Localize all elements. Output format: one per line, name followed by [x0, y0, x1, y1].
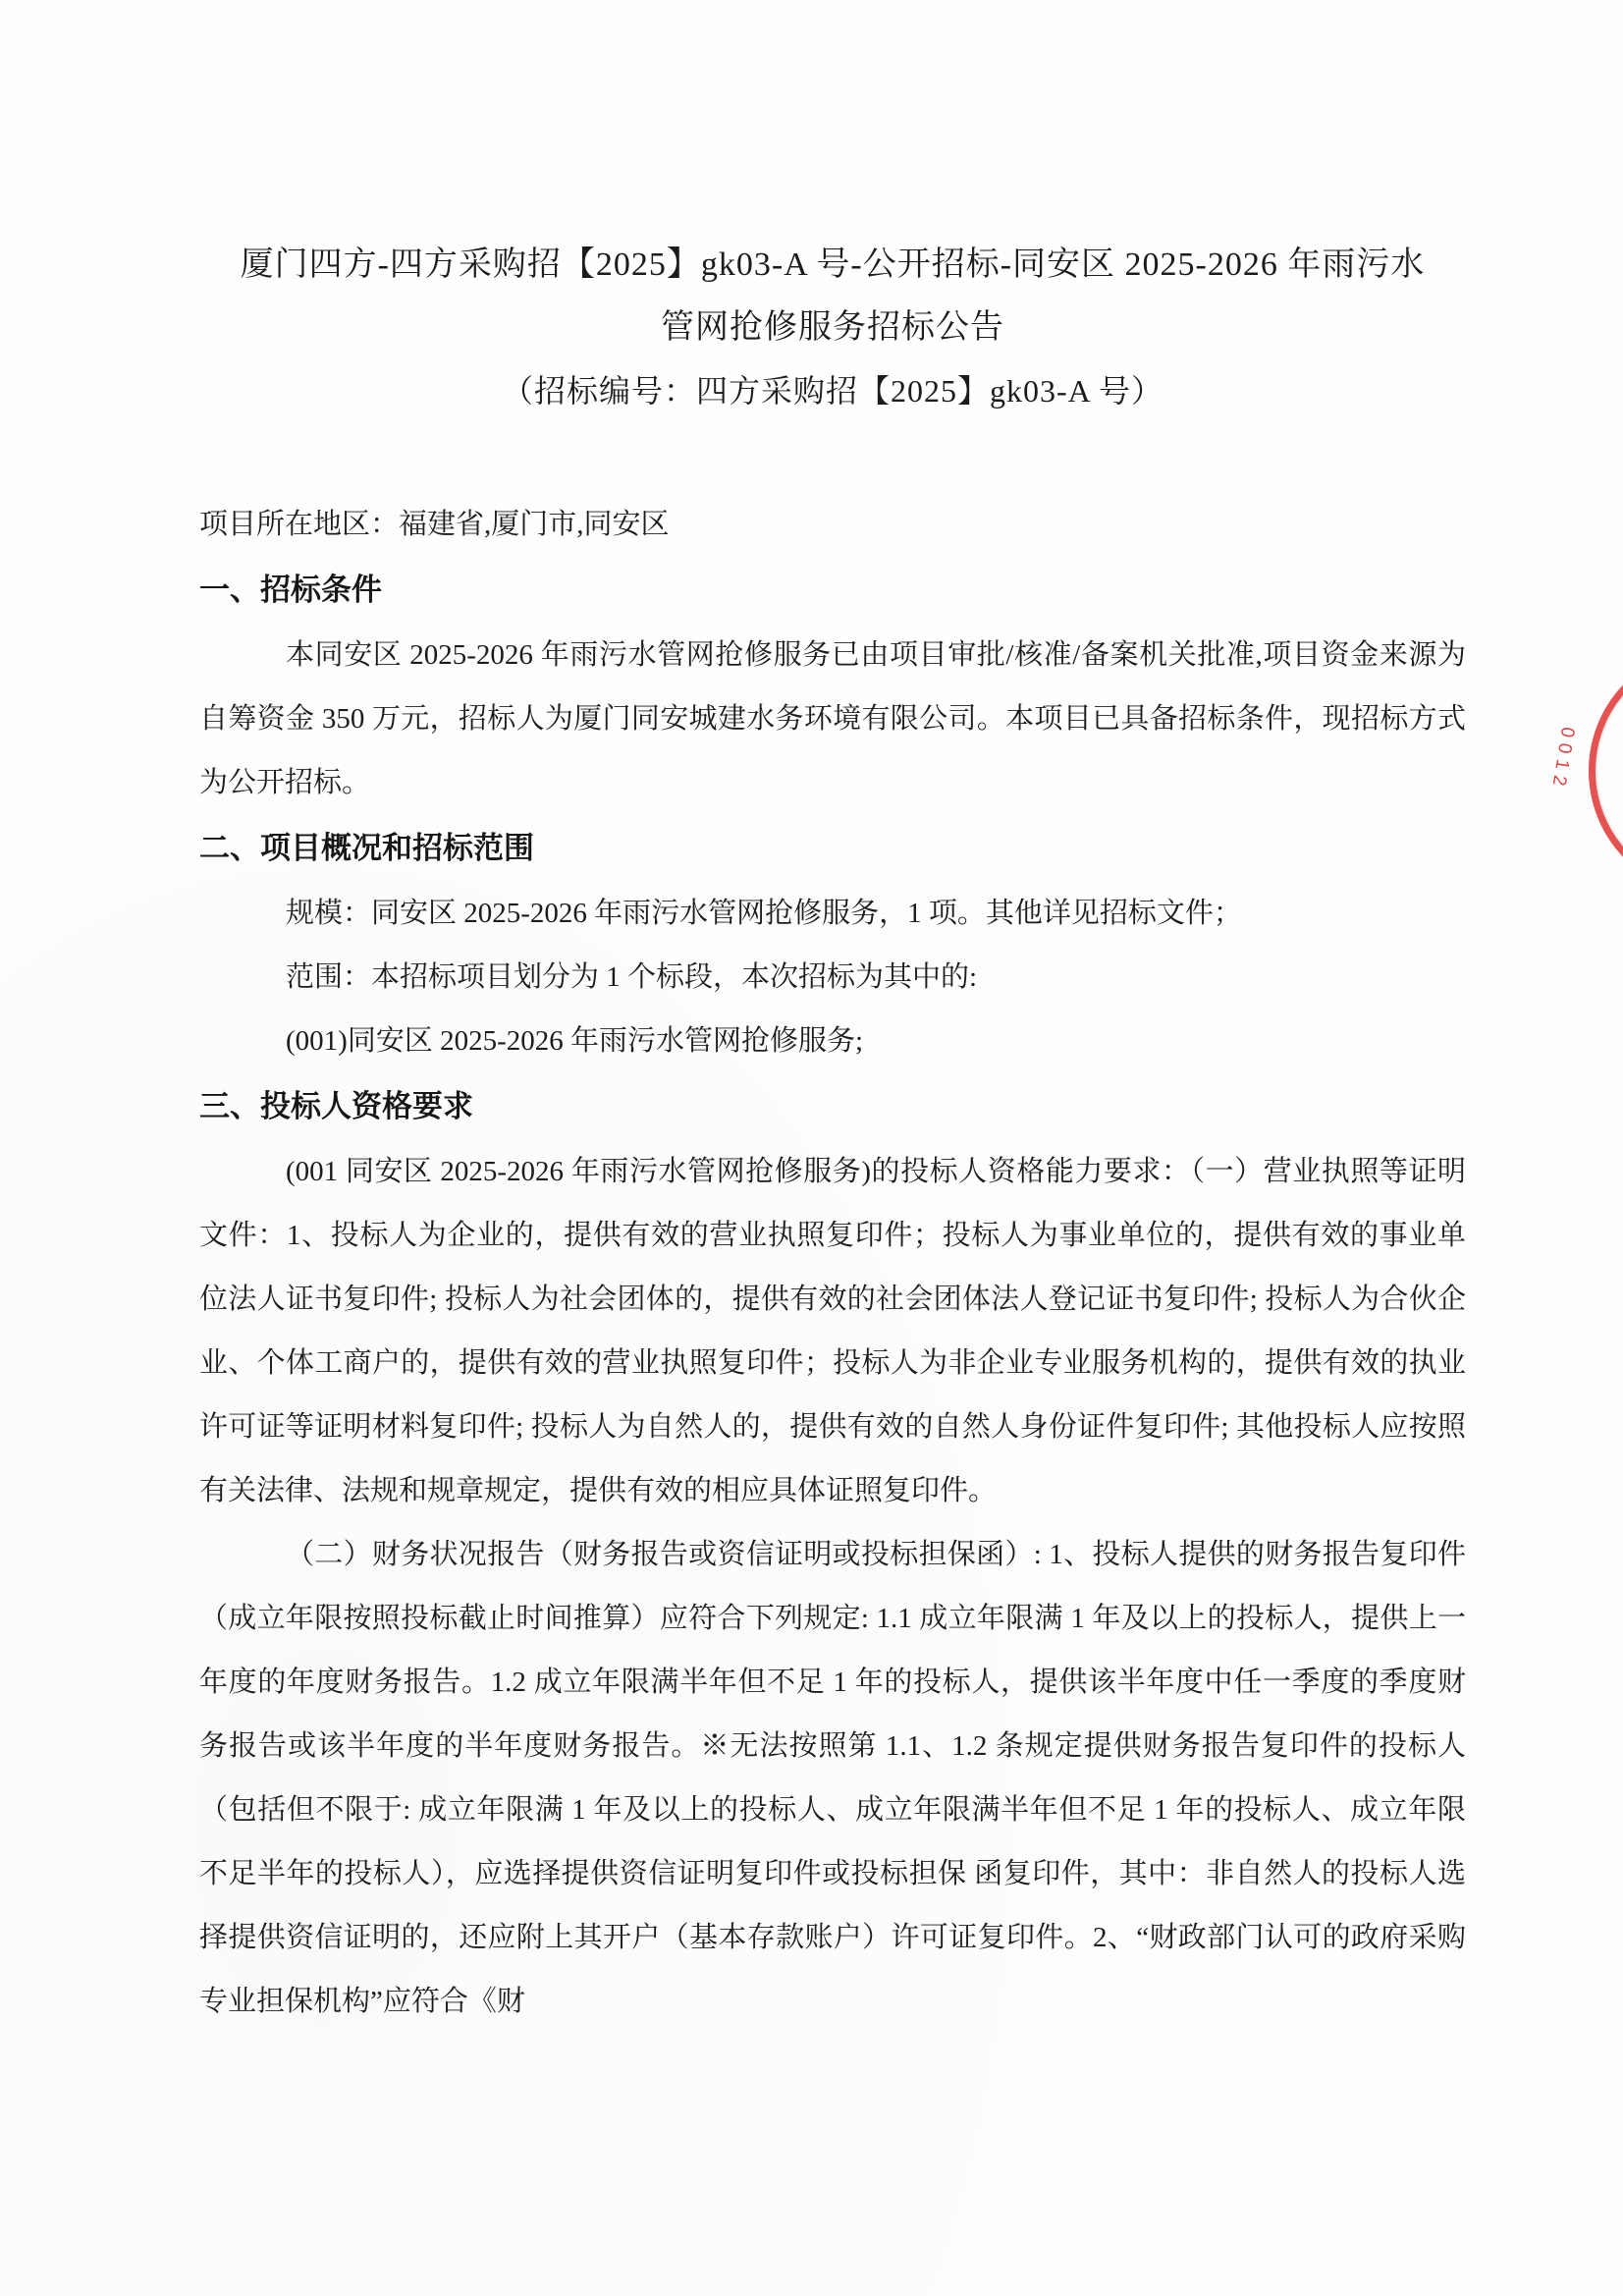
page-title-line1: 厦门四方-四方采购招【2025】gk03-A 号-公开招标-同安区 2025-2… — [199, 234, 1466, 297]
document-content: 厦门四方-四方采购招【2025】gk03-A 号-公开招标-同安区 2025-2… — [199, 0, 1466, 2034]
section-3-paragraph-2: （二）财务状况报告（财务报告或资信证明或投标担保函）: 1、投标人提供的财务报告… — [199, 1523, 1466, 2034]
page-title-line2: 管网抢修服务招标公告 — [199, 297, 1466, 359]
section-3-heading: 三、投标人资格要求 — [199, 1073, 1466, 1140]
section-2-scope-line: 范围：本招标项目划分为 1 个标段，本次招标为其中的: — [199, 946, 1466, 1010]
section-2-scale-line: 规模：同安区 2025-2026 年雨污水管网抢修服务，1 项。其他详见招标文件… — [199, 882, 1466, 946]
section-1-heading: 一、招标条件 — [199, 557, 1466, 624]
section-2-heading: 二、项目概况和招标范围 — [199, 815, 1466, 882]
section-1-paragraph: 本同安区 2025-2026 年雨污水管网抢修服务已由项目审批/核准/备案机关批… — [199, 624, 1466, 815]
section-2-lot-line: (001)同安区 2025-2026 年雨污水管网抢修服务; — [199, 1010, 1466, 1073]
project-location: 项目所在地区：福建省,厦门市,同安区 — [199, 493, 1466, 557]
tender-number: （招标编号：四方采购招【2025】gk03-A 号） — [199, 359, 1466, 422]
title-block: 厦门四方-四方采购招【2025】gk03-A 号-公开招标-同安区 2025-2… — [199, 234, 1466, 422]
document-page: 厦门四方-四方采购招【2025】gk03-A 号-公开招标-同安区 2025-2… — [0, 0, 1623, 2296]
section-3-paragraph-1: (001 同安区 2025-2026 年雨污水管网抢修服务)的投标人资格能力要求… — [199, 1140, 1466, 1523]
red-seal-text: 0012 — [1546, 726, 1578, 793]
red-seal-arc — [1589, 646, 1623, 896]
